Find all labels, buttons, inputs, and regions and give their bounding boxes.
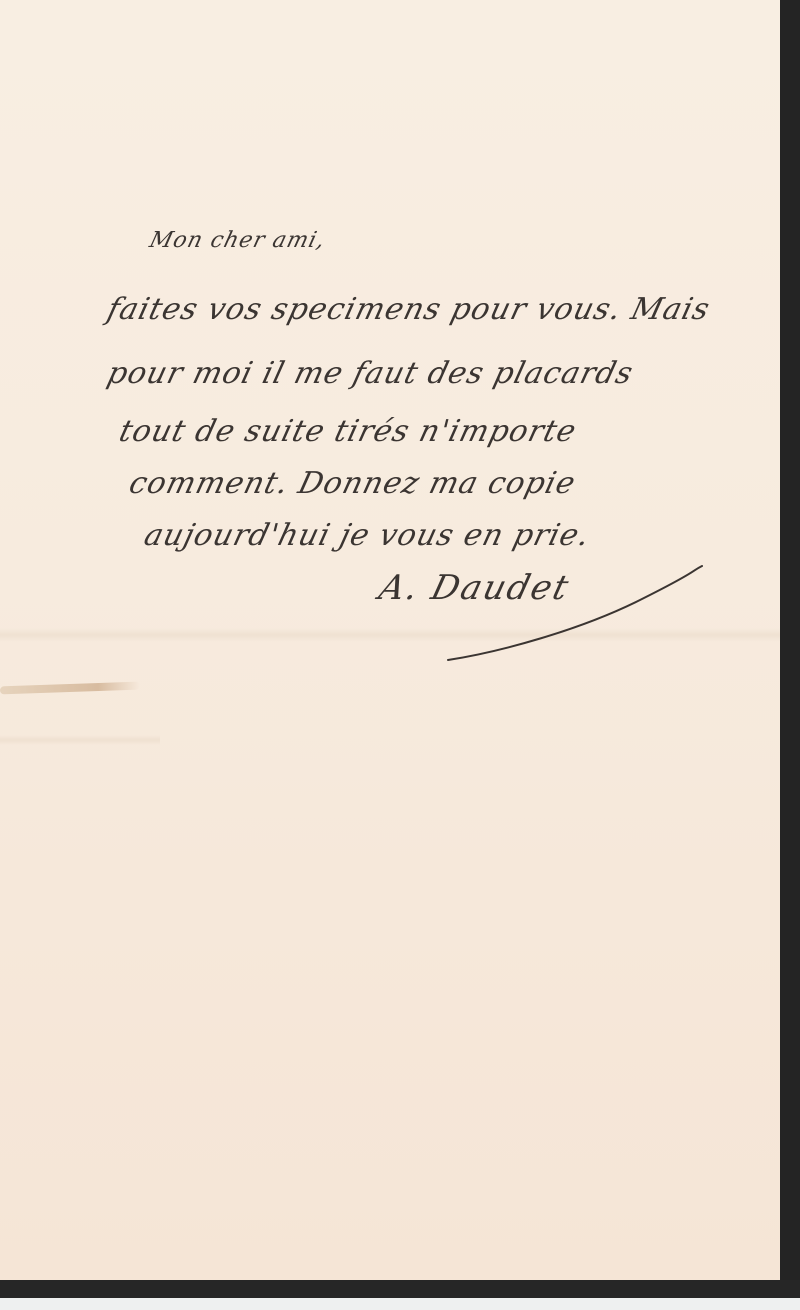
letter-line-4: comment. Donnez ma copie <box>126 466 580 501</box>
letter-line-2: pour moi il me faut des placards <box>104 356 637 391</box>
scanned-page: Mon cher ami, faites vos specimens pour … <box>0 0 800 1310</box>
scan-frame-bottom <box>0 1280 800 1298</box>
letter-paper: Mon cher ami, faites vos specimens pour … <box>0 0 780 1280</box>
signature-flourish-icon <box>440 560 710 670</box>
paper-crease <box>0 735 160 745</box>
handwritten-letter: Mon cher ami, faites vos specimens pour … <box>0 0 780 700</box>
scan-bottom-edge <box>0 1298 800 1310</box>
letter-salutation: Mon cher ami, <box>147 228 328 253</box>
letter-line-5: aujourd'hui je vous en prie. <box>141 518 594 553</box>
letter-line-1: faites vos specimens pour vous. Mais <box>104 292 714 327</box>
letter-line-3: tout de suite tirés n'importe <box>116 414 581 449</box>
scan-frame-right <box>780 0 800 1298</box>
